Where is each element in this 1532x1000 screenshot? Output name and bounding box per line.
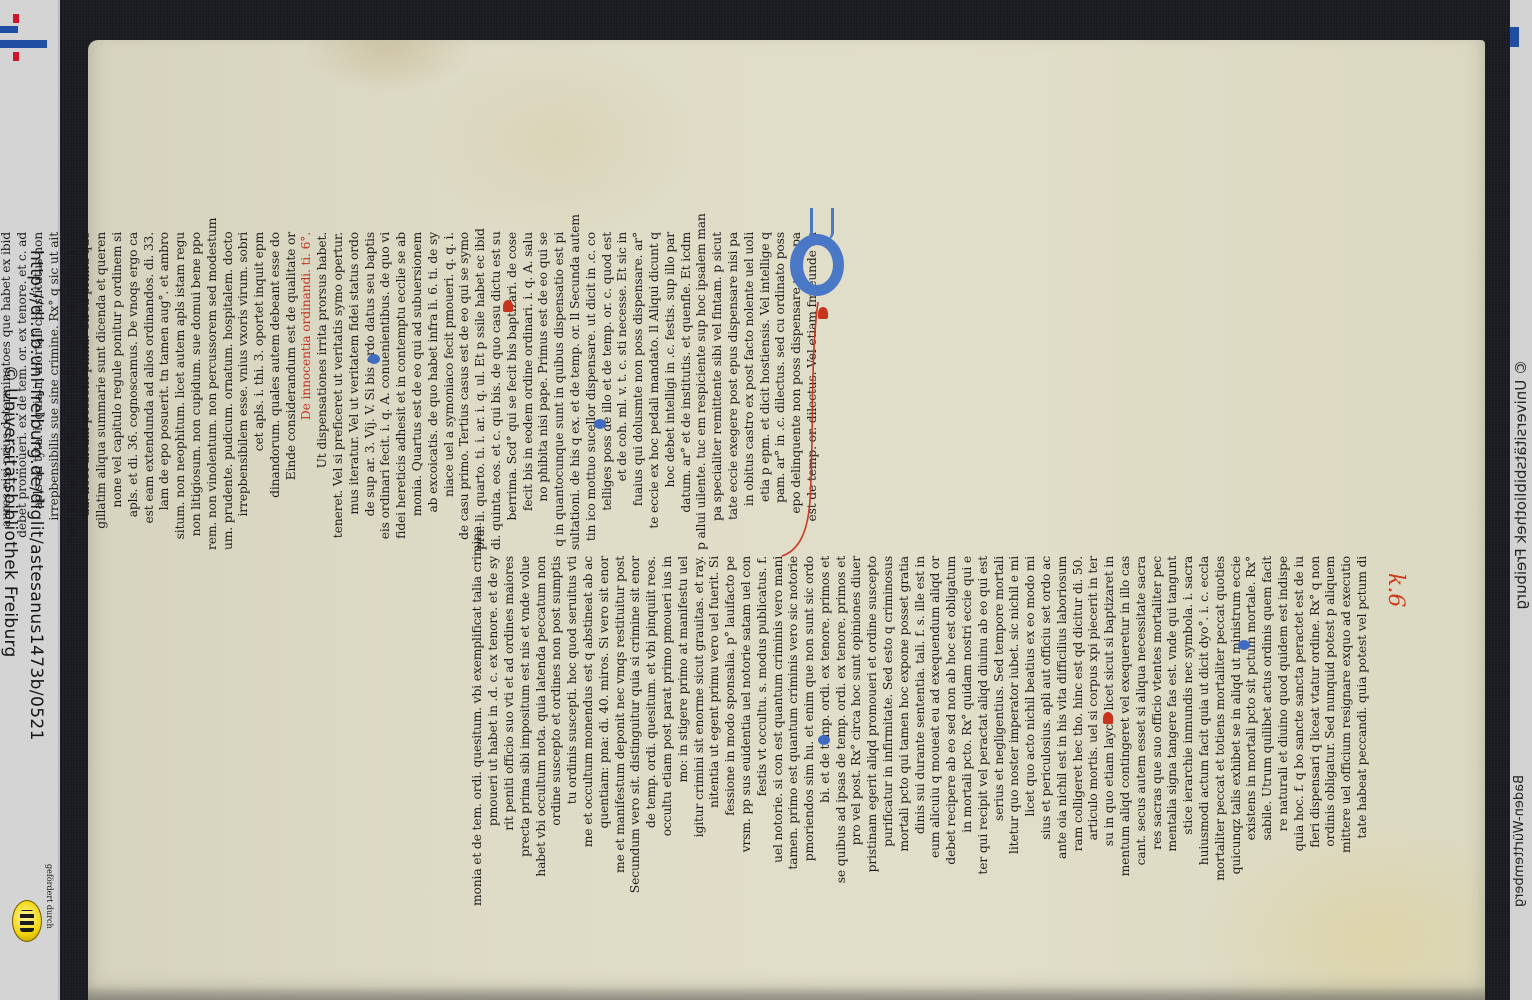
text-line: rem. non vinolentum. non percussorem sed… bbox=[205, 232, 221, 550]
text-line: purificatur in infirmitate. Sed esto q c… bbox=[881, 556, 897, 906]
mirrored-copyright-text: © Universitätsbibliothek Freiburg bbox=[1512, 360, 1530, 609]
text-line: mus iteratur. Vel ut veritatem fidei sta… bbox=[347, 232, 363, 550]
text-line: non litigiosum. non cupidum. sue domui b… bbox=[189, 232, 205, 550]
text-line: re naturali et diuino quod quidem est in… bbox=[1276, 556, 1292, 906]
mirrored-sponsor-text: Baden-Württemberg bbox=[1512, 775, 1527, 907]
text-line: cant. secus autem esset si aliqua necess… bbox=[1134, 556, 1150, 906]
red-paragraph-mark-icon bbox=[503, 300, 513, 312]
text-line: tamen. primo est quantum criminis vero s… bbox=[787, 556, 803, 906]
text-line: di. quinta. eos. et c. qui bis. de quo c… bbox=[489, 232, 505, 550]
logo-red-block bbox=[13, 52, 19, 61]
section-heading: De innocentia ordinandi. ti. 6°. bbox=[300, 232, 316, 550]
text-line: apls ad tyta. i. quia in mortali constit… bbox=[31, 232, 47, 550]
text-line: festis vt occultu. s. modus publicatus. … bbox=[755, 556, 771, 906]
folio-signature-mark: k.6 bbox=[1383, 573, 1408, 607]
text-line: articulo mortis. uel si corpus xpi piece… bbox=[1087, 556, 1103, 906]
text-line: datum. ar° et de institutis. et quenfle.… bbox=[679, 232, 695, 550]
text-line: huiusmodi actum facit quia ut dicit dyo°… bbox=[1197, 556, 1213, 906]
text-line: in mortali pcto. Rx° quidam nostri eccie… bbox=[960, 556, 976, 906]
text-line: tate eccie exegere post epus dispensare … bbox=[726, 232, 742, 550]
text-line: Secundum vero sit. distinguitur quia si … bbox=[629, 556, 645, 906]
text-line: ab excoicatis. de quo habet infra li. 6.… bbox=[426, 232, 442, 550]
text-line: sultationi. de his q ex. et de temp. or.… bbox=[568, 232, 584, 550]
text-line: niace uel a symoniaco fecit pmoueri. q. … bbox=[442, 232, 458, 550]
text-line: habet vbi occultum nota. quia latenda pe… bbox=[534, 556, 550, 906]
text-line: existens in mortali pcto sit pctum morta… bbox=[1245, 556, 1261, 906]
logo-blue-bar-short bbox=[0, 26, 18, 33]
text-line: fidei hereticis adhesit et in contemptu … bbox=[394, 232, 410, 550]
text-line: de temp. ordi. quesitum. et vbi pinquiit… bbox=[644, 556, 660, 906]
text-line: licet quo acto nichil beatius ex eo modo… bbox=[1023, 556, 1039, 906]
text-line: ram colligeret hec tho. hinc est qd dici… bbox=[1071, 556, 1087, 906]
text-line: igitur crimini sit enorme sicut grauitas… bbox=[692, 556, 708, 906]
viewer-right-edge: © Universitätsbibliothek Freiburg Baden-… bbox=[1510, 0, 1532, 1000]
text-line: fieri dispensari q liceat vtatur ordine.… bbox=[1308, 556, 1324, 906]
text-line: Ut dispensationes irrita prorsus habet. bbox=[316, 232, 332, 550]
text-line: hoc debet intelligi in .c. festis. sup i… bbox=[663, 232, 679, 550]
text-line: res sacras que suo officio vtentes morta… bbox=[1150, 556, 1166, 906]
text-line: est eam extendunda ad alios ordinandos. … bbox=[142, 232, 158, 550]
text-line: mittere uel officium resignare exquo ad … bbox=[1339, 556, 1355, 906]
red-paragraph-mark-icon bbox=[1103, 712, 1113, 724]
text-line: de casu primo. Tertius casus est de eo q… bbox=[458, 232, 474, 550]
text-line: ordine suscepto et ordines non post sump… bbox=[550, 556, 566, 906]
blue-paragraph-mark-icon bbox=[1238, 640, 1250, 650]
text-line: serius et negligentius. Sed tempore mort… bbox=[992, 556, 1008, 906]
text-line: eum alicuiu q moueat eu ad exequendum al… bbox=[929, 556, 945, 906]
logo-red-block bbox=[13, 14, 19, 23]
logo-blue-bar-long bbox=[0, 40, 47, 48]
page-edge-shadow bbox=[88, 986, 1485, 1000]
text-line: nitentia ut egent primu vero uel fuerit.… bbox=[708, 556, 724, 906]
blue-paragraph-mark-icon bbox=[594, 419, 606, 429]
sponsor-block: gefördert durch bbox=[4, 862, 56, 992]
text-line: bi. et de temp. ordi. ex tenore. primos … bbox=[818, 556, 834, 906]
text-line: sabile. Utrum quilibet actus ordinis que… bbox=[1260, 556, 1276, 906]
text-line: fuaius qui dolusmte non poss dispensare.… bbox=[631, 232, 647, 550]
text-line: mo: in stigere primo at manifestu uel bbox=[676, 556, 692, 906]
text-line: berrima. Scd° qui se fecit bis baptizari… bbox=[505, 232, 521, 550]
text-line: quicunqz talis exhibet se in aliqd ut mi… bbox=[1229, 556, 1245, 906]
text-line: mortali pcto qui tamen hoc expone posset… bbox=[897, 556, 913, 906]
text-line: monia. Quartus est de eo qui ad subuersi… bbox=[410, 232, 426, 550]
text-line: pro vel post. Rx° circa hoc sunt opinion… bbox=[850, 556, 866, 906]
text-line: cet apls. i. thi. 3. oportet inquit epm bbox=[252, 232, 268, 550]
text-line: um. prudente. pudicum. ornatum. hospital… bbox=[221, 232, 237, 550]
text-column-b: tate habeat peccandi. quia potest vel pc… bbox=[471, 556, 1371, 906]
sponsor-coat-of-arms-icon bbox=[12, 900, 42, 942]
text-line: rit peniti officio suo vti et ad ordines… bbox=[502, 556, 518, 906]
text-line: ordinis obligatur. Sed nunquid potest p … bbox=[1324, 556, 1340, 906]
text-line: mentalia signa tangere fas est. vnde qui… bbox=[1166, 556, 1182, 906]
text-line: quentiam: pna: di. 40. miros. Si vero si… bbox=[597, 556, 613, 906]
text-line: none vel capitulo regule ponitur p ordin… bbox=[110, 232, 126, 550]
text-line: aures nisi prius determinatoes que habet… bbox=[0, 232, 15, 550]
text-line: debet promoueri. ex de tem. or. ex tenor… bbox=[15, 232, 31, 550]
text-line: se quibus ad ipsas de temp. ordi. ex ten… bbox=[834, 556, 850, 906]
text-line: ter qui recipit vel peractat aliqd diuin… bbox=[976, 556, 992, 906]
text-line: mentum aliqd contingeret vel exequeretur… bbox=[1118, 556, 1134, 906]
text-line: telliges poss de illo et de temp. or. c.… bbox=[600, 232, 616, 550]
text-line: pmoriendos sim hu. et enim que non sunt … bbox=[802, 556, 818, 906]
text-line: dinandorum. quales autem debeant esse do bbox=[268, 232, 284, 550]
text-line: tu ordinis suscepti. hoc quod seruitus v… bbox=[565, 556, 581, 906]
blue-paragraph-mark-icon bbox=[818, 735, 830, 745]
library-flag-logo-icon bbox=[1510, 27, 1519, 47]
text-line: tate habeat peccandi. quia potest vel pc… bbox=[1355, 556, 1371, 906]
text-line: debet recipere ab eo sed non ab hoc est … bbox=[944, 556, 960, 906]
text-line: teneret. Vel si preficeret ut veritatis … bbox=[331, 232, 347, 550]
text-line: apls. et di. 36. cognoscamus. De vnoqs e… bbox=[126, 232, 142, 550]
text-line: tin ico mottuo sucellor dispensare. ut d… bbox=[584, 232, 600, 550]
text-line: dinis sui durante sententia. tali. f. s.… bbox=[913, 556, 929, 906]
library-flag-logo-icon bbox=[0, 10, 50, 62]
text-line: da. licet dicam possent plima. Circa pri… bbox=[79, 232, 95, 550]
text-line: su in quo etiam laycis licet sicut si ba… bbox=[1102, 556, 1118, 906]
sponsor-label: gefördert durch bbox=[45, 864, 54, 929]
text-line: sius et periculosius. apli aut officiu s… bbox=[1039, 556, 1055, 906]
text-line: pa specialiter remittente sibi vel finta… bbox=[710, 232, 726, 550]
text-line: me et manifestum deponit nec vmqs restit… bbox=[613, 556, 629, 906]
text-line: monia et de tem. ordi. quesitum. vbi exe… bbox=[471, 556, 487, 906]
text-line: occultu etiam post parat primo pmoueri i… bbox=[660, 556, 676, 906]
text-line: mortaliter peccat et totiens mortaliter … bbox=[1213, 556, 1229, 906]
text-line: de sup ar. 3. Vij. V. Si bis ordo datus … bbox=[363, 232, 379, 550]
text-line: quia hoc. f. q bo sancte sancta peractet… bbox=[1292, 556, 1308, 906]
text-line: fecit bis in eodem ordine ordinari. i. q… bbox=[521, 232, 537, 550]
text-line: gillatim aliqua summarie sunt dicenda et… bbox=[94, 232, 110, 550]
text-line: q in quantocunque sunt in quibus dispens… bbox=[552, 232, 568, 550]
blue-decorated-initial-icon bbox=[790, 208, 850, 304]
text-line: lam de epo posuerit. tn tamen aug°. et a… bbox=[158, 232, 174, 550]
text-line: vrsm. pp sus euidentia uel notorie satam… bbox=[739, 556, 755, 906]
blue-paragraph-mark-icon bbox=[368, 354, 380, 364]
text-line: uel notorie. si con est quantum criminis… bbox=[771, 556, 787, 906]
text-line: Einde considerandum est de qualitate or bbox=[284, 232, 300, 550]
initial-letter-ring bbox=[790, 234, 844, 296]
text-line: ante oia nichil est in his vita difficil… bbox=[1055, 556, 1071, 906]
text-line: p allui uilente. tuc em respiciente sup … bbox=[695, 232, 711, 550]
text-line: irrepbensibilem esse. vnius vxoris virum… bbox=[237, 232, 253, 550]
text-line: pra. li. quarto. ti. i. ar. i. q. ul. Et… bbox=[473, 232, 489, 550]
text-line: no phibita nisi pape. Primus est de eo q… bbox=[537, 232, 553, 550]
text-line: runt pla. primo vtrum in ordinando requi… bbox=[63, 232, 79, 550]
text-line: litetur quo noster imperator iubet. sic … bbox=[1008, 556, 1024, 906]
text-line: situm. non neophitum. licet autem apls i… bbox=[173, 232, 189, 550]
text-line: pmoueri ut habet in .d. c. ex tenore. et… bbox=[486, 556, 502, 906]
text-line: fessione in modo sponsalia. p° lauifacto… bbox=[723, 556, 739, 906]
text-line: stice ierarchie inmundis nec symbola. i.… bbox=[1181, 556, 1197, 906]
text-line: irrepbensibilis sue sine crimine. Rx° q … bbox=[47, 232, 63, 550]
text-line: te eccie ex hoc pedali mandato. ll Aliqu… bbox=[647, 232, 663, 550]
text-line: me et occultum monendus est q abstineat … bbox=[581, 556, 597, 906]
text-line: pristinam egerit aliqd promoueri et ordi… bbox=[866, 556, 882, 906]
text-column-a-continued: est de temp. or. dilectus. Vel etiam fm … bbox=[0, 232, 821, 550]
text-line: in obitus castro ex post facto nolente u… bbox=[742, 232, 758, 550]
text-line: precta prima sibi impositum est nis et v… bbox=[518, 556, 534, 906]
text-line: eis ordinari fecit. i. q. A. conuenienti… bbox=[379, 232, 395, 550]
text-line: et de coh. ml. v. t. c. sti necesse. Et … bbox=[616, 232, 632, 550]
red-rubric-line bbox=[770, 300, 830, 560]
